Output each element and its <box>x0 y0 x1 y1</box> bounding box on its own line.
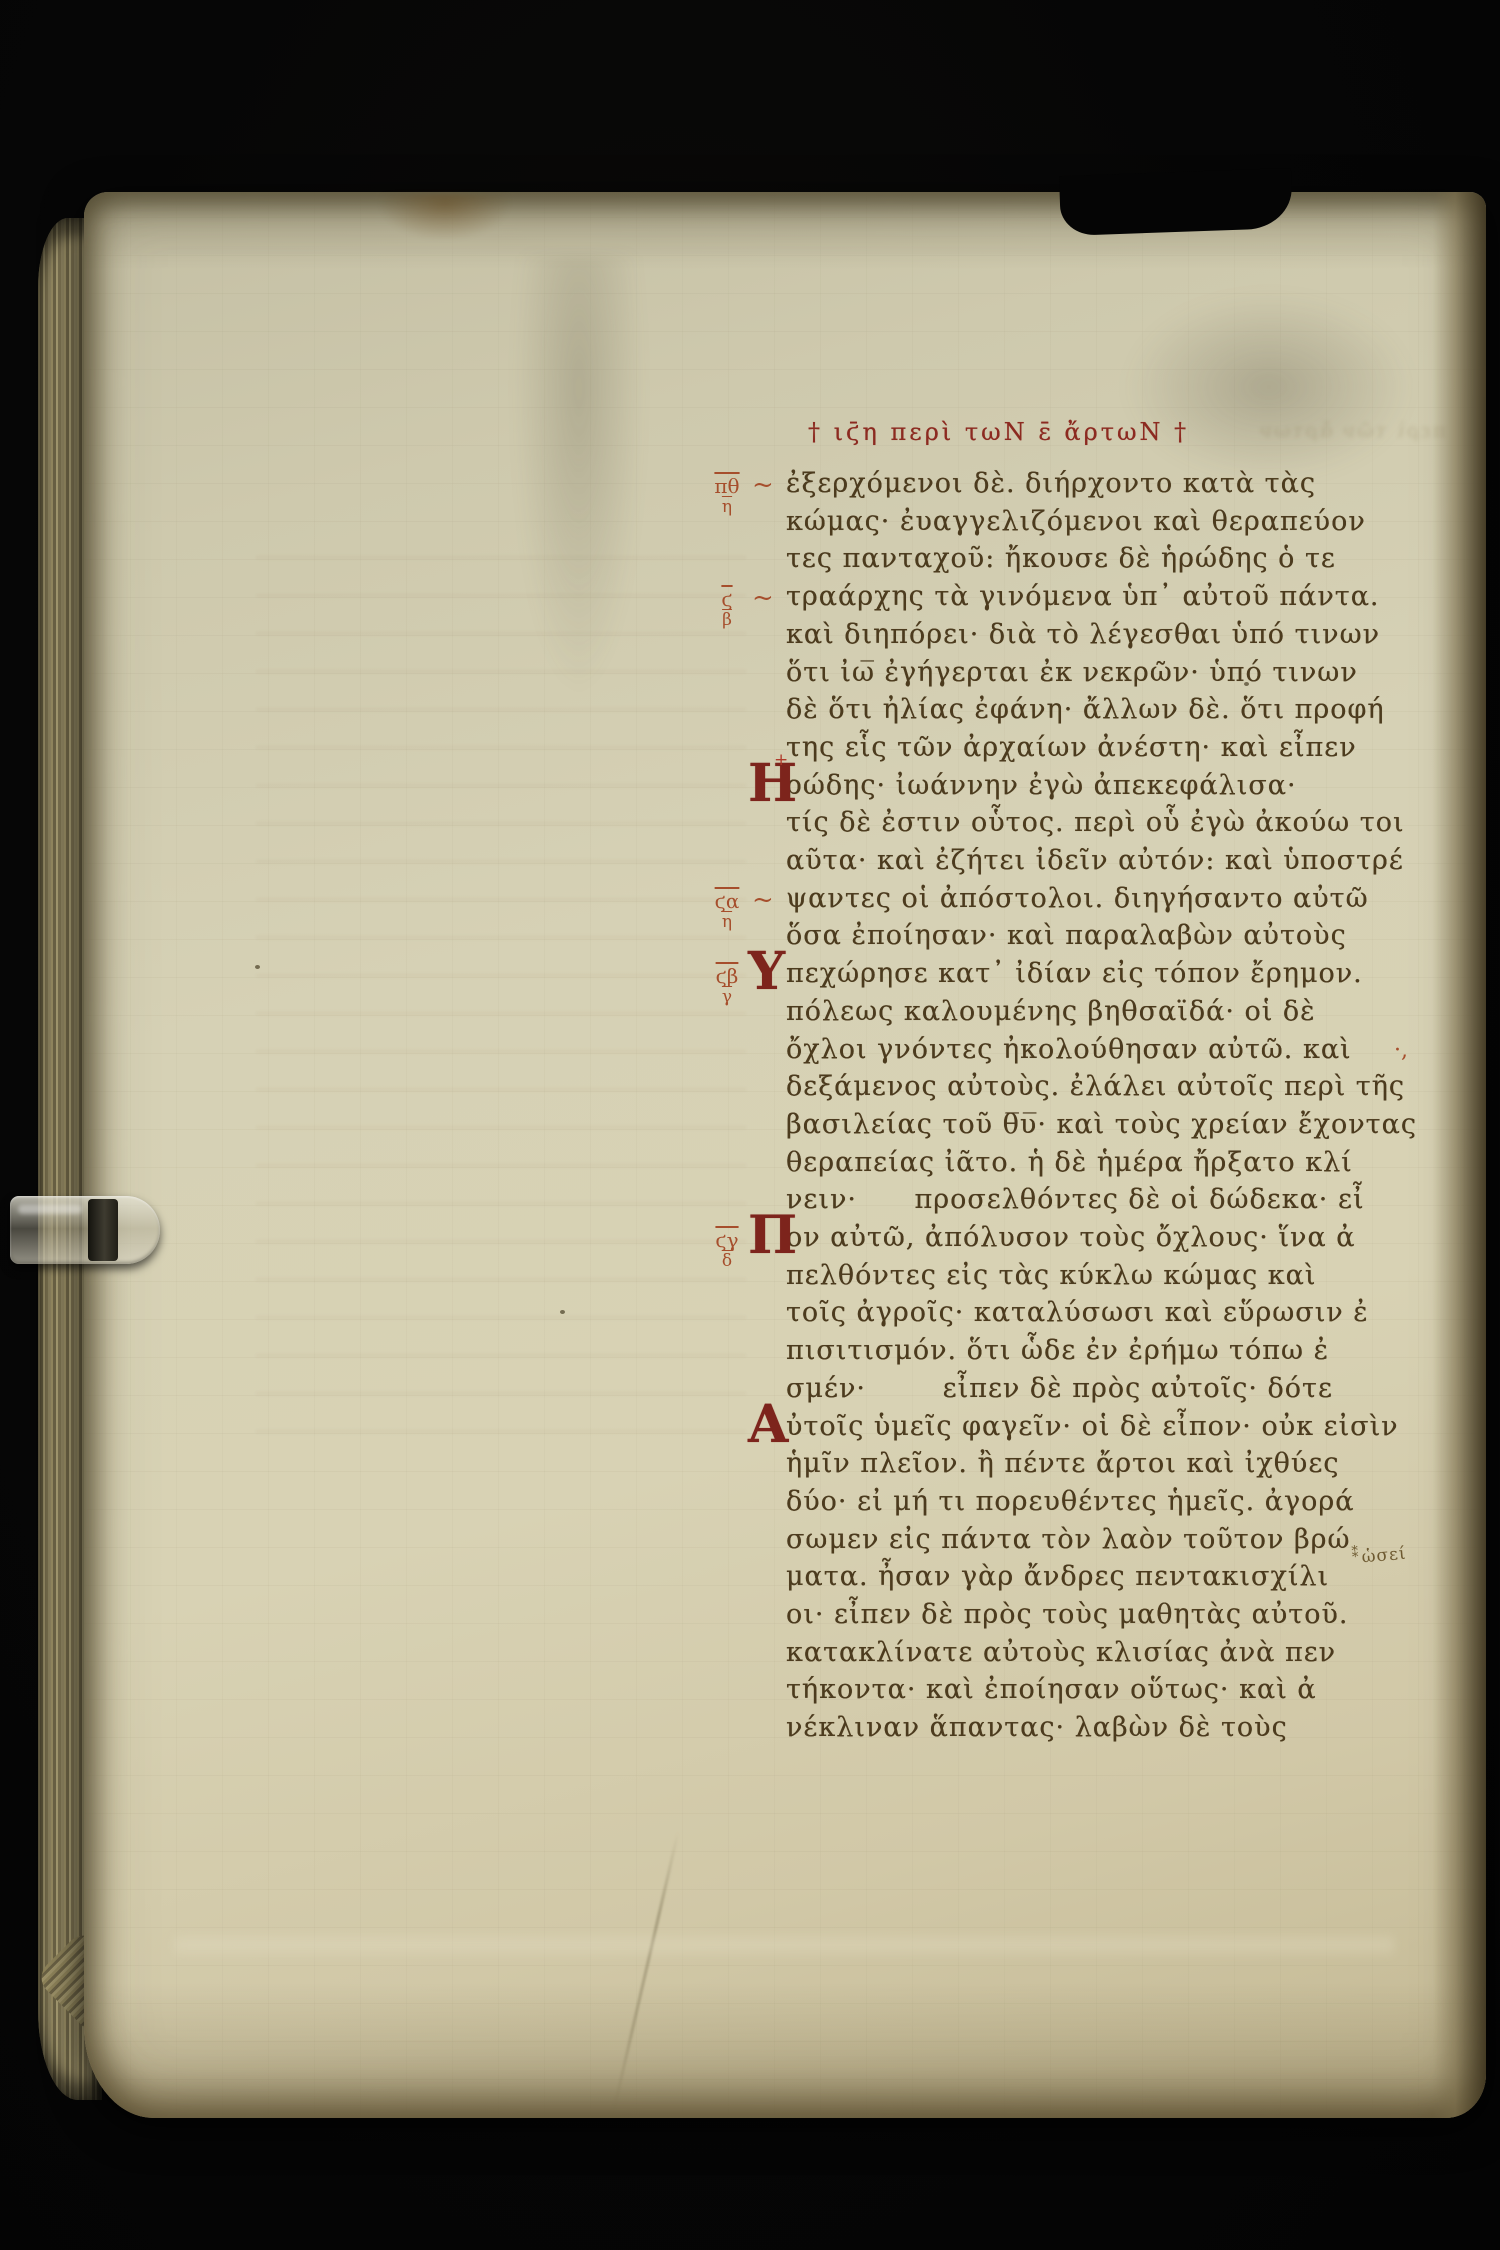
section-number: πθ <box>702 476 752 496</box>
canon-number: η <box>702 914 752 931</box>
paragraph-tilde-mark: ~ <box>752 472 774 498</box>
text-line-5: καὶ διηπόρει· διὰ τὸ λέγεσθαι ὑπό τινων <box>786 621 1380 648</box>
text-line-7: δὲ ὅτι ἠλίας ἐφάνη· ἄλλων δὲ. ὅτι προφή <box>786 696 1385 723</box>
ammonian-section-mark: πθη <box>702 476 752 516</box>
section-number: ϛβ <box>702 966 752 986</box>
text-line-34: νέκλιναν ἅπαντας· λαβὼν δὲ τοὺς <box>786 1714 1288 1741</box>
text-line-21: ον αὐτῶ, ἀπόλυσον τοὺς ὄχλους· ἵνα ἀ <box>786 1224 1356 1251</box>
illuminated-initial-Υ: Υ <box>748 946 785 998</box>
canon-number: η <box>702 499 752 516</box>
text-line-28: δύο· εἰ μή τι πορευθέντες ἡμεῖς. ἀγορά <box>786 1488 1355 1515</box>
ammonian-section-mark: ϛαη <box>702 891 752 931</box>
binding-shadow-notch <box>1059 168 1293 236</box>
text-line-33: τήκοντα· καὶ ἐποίησαν οὕτως· καὶ ἀ <box>786 1676 1317 1703</box>
section-number: ϛγ <box>702 1230 752 1250</box>
clip-metal-band <box>88 1199 118 1261</box>
text-line-23: τοῖς ἀγροῖς· καταλύσωσι καὶ εὕρωσιν ἐ <box>786 1299 1369 1326</box>
text-line-27: ἡμῖν πλεῖον. ἢ πέντε ἄρτοι καὶ ἰχθύες <box>786 1450 1339 1477</box>
text-line-18: βασιλείας τοῦ θ̅υ̅· καὶ τοὺς χρείαν ἔχον… <box>786 1111 1417 1138</box>
text-line-26: ὐτοῖς ὑμεῖς φαγεῖν· οἱ δὲ εἶπον· οὐκ εἰσ… <box>786 1413 1399 1440</box>
text-line-22: πελθόντες εἰς τὰς κύκλω κώμας καὶ <box>786 1262 1317 1289</box>
text-line-15: πόλεως καλουμένης βηθσαϊδά· οἱ δὲ <box>786 998 1316 1025</box>
text-block: ἐξερχόμενοι δὲ. διήρχοντο κατὰ τὰςκώμας·… <box>84 192 1486 2118</box>
text-line-30: ματα. ἦσαν γὰρ ἄνδρες πεντακισχίλι <box>786 1563 1329 1590</box>
insertion-mark-icon: ⁑ <box>1351 1546 1360 1562</box>
illuminated-initial-Π: Π <box>748 1210 797 1262</box>
ammonian-section-mark: ϛβ <box>702 589 752 629</box>
text-line-16: ὄχλοι γνόντες ἠκολούθησαν αὐτῶ. καὶ <box>786 1036 1352 1063</box>
text-line-2: κώμας· ἐυαγγελιζόμενοι καὶ θεραπεύον <box>786 508 1366 535</box>
section-number: ϛα <box>702 891 752 911</box>
ammonian-section-mark: ϛβγ <box>702 966 752 1006</box>
text-line-20: νειν· προσελθόντες δὲ οἱ δώδεκα· εἶ <box>786 1186 1365 1213</box>
ammonian-section-mark: ϛγδ <box>702 1230 752 1270</box>
text-line-17: δεξάμενος αὐτοὺς. ἐλάλει αὐτοῖς περὶ τῆς <box>786 1073 1405 1100</box>
parchment-page: περὶ τῶν ἄρτων † ιϛ̄η περὶ τωΝ ε̄ ἄρτωΝ … <box>84 192 1486 2118</box>
text-line-3: τες πανταχοῦ: ἤκουσε δὲ ἡρώδης ὁ τε <box>786 545 1336 572</box>
paragraph-tilde-mark: ~ <box>752 585 774 611</box>
text-line-13: ὅσα ἐποίησαν· καὶ παραλαβὼν αὐτοὺς <box>786 922 1347 949</box>
text-line-9: ρώδης· ἰωάννην ἐγὼ ἀπεκεφάλισα· <box>786 772 1297 799</box>
text-line-19: θεραπείας ἰᾶτο. ἡ δὲ ἡμέρα ἤρξατο κλί <box>786 1149 1353 1176</box>
canon-number: β <box>702 612 752 629</box>
illuminated-initial-Η: Η <box>748 758 797 810</box>
illuminated-initial-Α: Α <box>748 1399 788 1451</box>
text-line-4: τραάρχης τὰ γινόμενα ὑπ᾽ αὐτοῦ πάντα. <box>786 583 1380 610</box>
text-line-25: σμέν· εἶπεν δὲ πρὸς αὐτοῖς· δότε <box>786 1375 1333 1402</box>
canon-number: δ <box>702 1253 752 1270</box>
red-tick-mark: ·, <box>1394 1040 1408 1062</box>
canon-number: γ <box>702 989 752 1006</box>
section-number: ϛ <box>702 589 752 609</box>
margin-cross-icon: + <box>774 752 788 769</box>
text-line-6: ὅτι ἰω̅ ἐγήγερται ἐκ νεκρῶν· ὑπό τινων <box>786 659 1358 686</box>
gloss-text: ὡσεί <box>1361 1544 1408 1568</box>
text-line-12: ψαντες οἱ ἀπόστολοι. διηγήσαντο αὐτῶ <box>786 885 1369 912</box>
text-line-8: της εἷς τῶν ἀρχαίων ἀνέστη· καὶ εἶπεν <box>786 734 1357 761</box>
text-line-29: σωμεν εἰς πάντα τὸν λαὸν τοῦτον βρώ <box>786 1526 1350 1553</box>
text-line-11: αῦτα· καὶ ἐζήτει ἰδεῖν αὐτόν: καὶ ὑποστρ… <box>786 847 1404 874</box>
page-holder-clip <box>10 1196 160 1264</box>
text-line-14: πεχώρησε κατ᾽ ἰδίαν εἰς τόπον ἔρημον. <box>786 960 1363 987</box>
text-line-32: κατακλίνατε αὐτοὺς κλισίας ἀνὰ πεν <box>786 1639 1336 1666</box>
text-line-24: πισιτισμόν. ὅτι ὧδε ἐν ἐρήμω τόπω ἐ <box>786 1337 1329 1364</box>
manuscript-photo: περὶ τῶν ἄρτων † ιϛ̄η περὶ τωΝ ε̄ ἄρτωΝ … <box>0 0 1500 2250</box>
text-line-31: οι· εἶπεν δὲ πρὸς τοὺς μαθητὰς αὐτοῦ. <box>786 1601 1348 1628</box>
clip-highlight <box>18 1205 82 1214</box>
paragraph-tilde-mark: ~ <box>752 887 774 913</box>
text-line-1: ἐξερχόμενοι δὲ. διήρχοντο κατὰ τὰς <box>786 470 1316 497</box>
text-line-10: τίς δὲ ἐστιν οὗτος. περὶ οὗ ἐγὼ ἀκούω το… <box>786 809 1405 836</box>
